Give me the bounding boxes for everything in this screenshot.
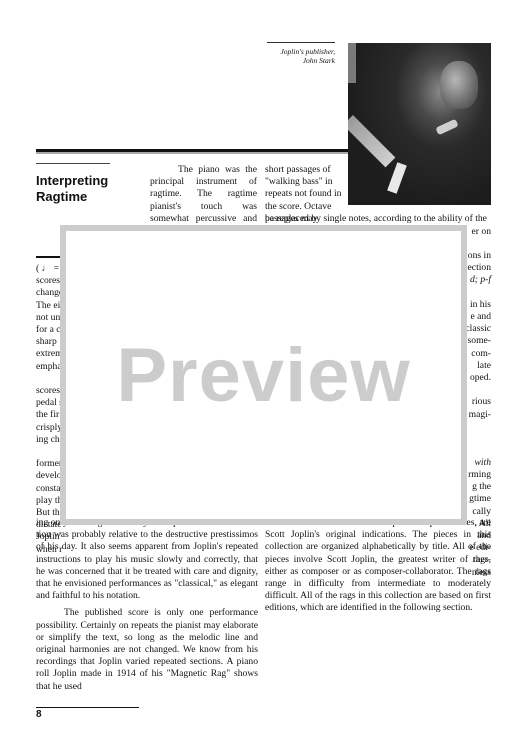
footer-rule — [36, 707, 139, 708]
left-lower-body: ing only their digital velocity. So Jopl… — [36, 517, 258, 693]
heading-line-1: Interpreting — [36, 173, 146, 189]
photo-arm — [348, 115, 395, 167]
section-top-rule — [36, 149, 348, 152]
caption-line-1: Joplin's publisher, — [250, 47, 335, 56]
photo-paper — [387, 162, 407, 194]
paragraph: tion was probably relative to the destru… — [36, 529, 258, 602]
caption-line-2: John Stark — [250, 56, 335, 65]
john-stark-photo — [348, 43, 491, 205]
photo-face — [440, 61, 478, 109]
heading-line-2: Ragtime — [36, 189, 146, 205]
photo-edge-highlight — [348, 43, 356, 83]
photo-caption: Joplin's publisher, John Stark — [250, 47, 335, 65]
photo-collar — [435, 119, 458, 136]
heading-rule — [36, 163, 110, 164]
section-heading: Interpreting Ragtime — [36, 173, 146, 205]
paragraph: The published score is only one performa… — [36, 607, 258, 692]
intro-wide-line: be replaced by single notes, according t… — [265, 213, 491, 225]
caption-rule — [267, 42, 335, 43]
preview-watermark-label: Preview — [116, 332, 410, 419]
right-lower-body: placed in parentheses, are Scott Joplin'… — [265, 517, 491, 615]
preview-overlay: Preview — [60, 225, 467, 525]
paragraph: Scott Joplin's original indications. The… — [265, 529, 491, 614]
page-number: 8 — [36, 709, 42, 720]
